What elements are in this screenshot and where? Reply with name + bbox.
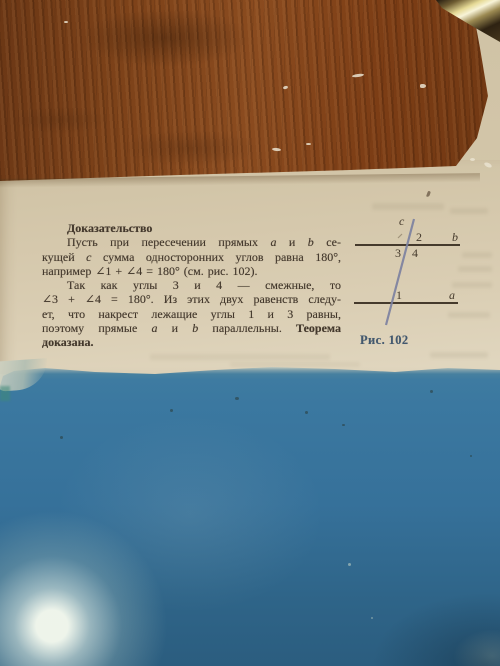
ghost-text-smudge [450, 208, 488, 214]
tick-mark [398, 234, 402, 238]
photo-scene: ДоказательствоПусть при пересечении прям… [0, 0, 500, 666]
paint-speck [306, 143, 311, 145]
label-b: b [452, 230, 458, 244]
ghost-text-smudge [230, 362, 360, 367]
wood-table-surface [0, 0, 500, 186]
book-edge-stain [0, 386, 10, 401]
ghost-text-smudge [458, 266, 492, 272]
proof-line: например ∠1 + ∠4 = 180° (см. рис. 102). [42, 264, 341, 278]
ghost-text-smudge [150, 354, 330, 360]
label-c: c [399, 214, 405, 228]
transversal-line-c [386, 219, 414, 325]
proof-line: Пусть при пересечении прямых a и b се- [42, 235, 341, 249]
book-speck [60, 436, 63, 439]
angle-label-3: 3 [395, 246, 401, 260]
proof-line: доказана. [42, 335, 341, 349]
ghost-text-smudge [448, 312, 490, 318]
paint-speck [64, 21, 68, 23]
book-speck [342, 424, 345, 426]
ghost-text-smudge [462, 252, 492, 258]
book-speck [348, 563, 351, 566]
ghost-text-smudge [430, 352, 488, 358]
angle-label-4: 4 [412, 246, 418, 260]
paint-speck [420, 84, 426, 88]
figure-caption: Рис. 102 [360, 333, 409, 348]
paint-speck [470, 158, 475, 161]
book-speck [470, 455, 472, 457]
ghost-text-smudge [372, 203, 444, 210]
proof-line: кущей c сумма односторонних углов равна … [42, 250, 341, 264]
proof-line: поэтому прямые a и b параллельны. Теорем… [42, 321, 341, 335]
label-a: a [449, 288, 455, 302]
proof-line: ет, что накрест лежащие углы 1 и 3 равны… [42, 307, 341, 321]
book-speck [170, 409, 173, 412]
proof-text: ДоказательствоПусть при пересечении прям… [42, 221, 341, 350]
angle-label-2: 2 [416, 230, 422, 244]
ghost-text-smudge [452, 282, 492, 288]
blue-book-cover [0, 364, 500, 666]
book-speck [305, 411, 308, 414]
book-speck [430, 390, 433, 393]
proof-line: Доказательство [42, 221, 341, 235]
angle-label-1: 1 [396, 288, 402, 302]
proof-line: ∠3 + ∠4 = 180°. Из этих двух равенств сл… [42, 292, 341, 306]
proof-line: Так как углы 3 и 4 — смежные, то [42, 278, 341, 292]
book-speck [371, 617, 373, 619]
book-speck [235, 397, 239, 400]
